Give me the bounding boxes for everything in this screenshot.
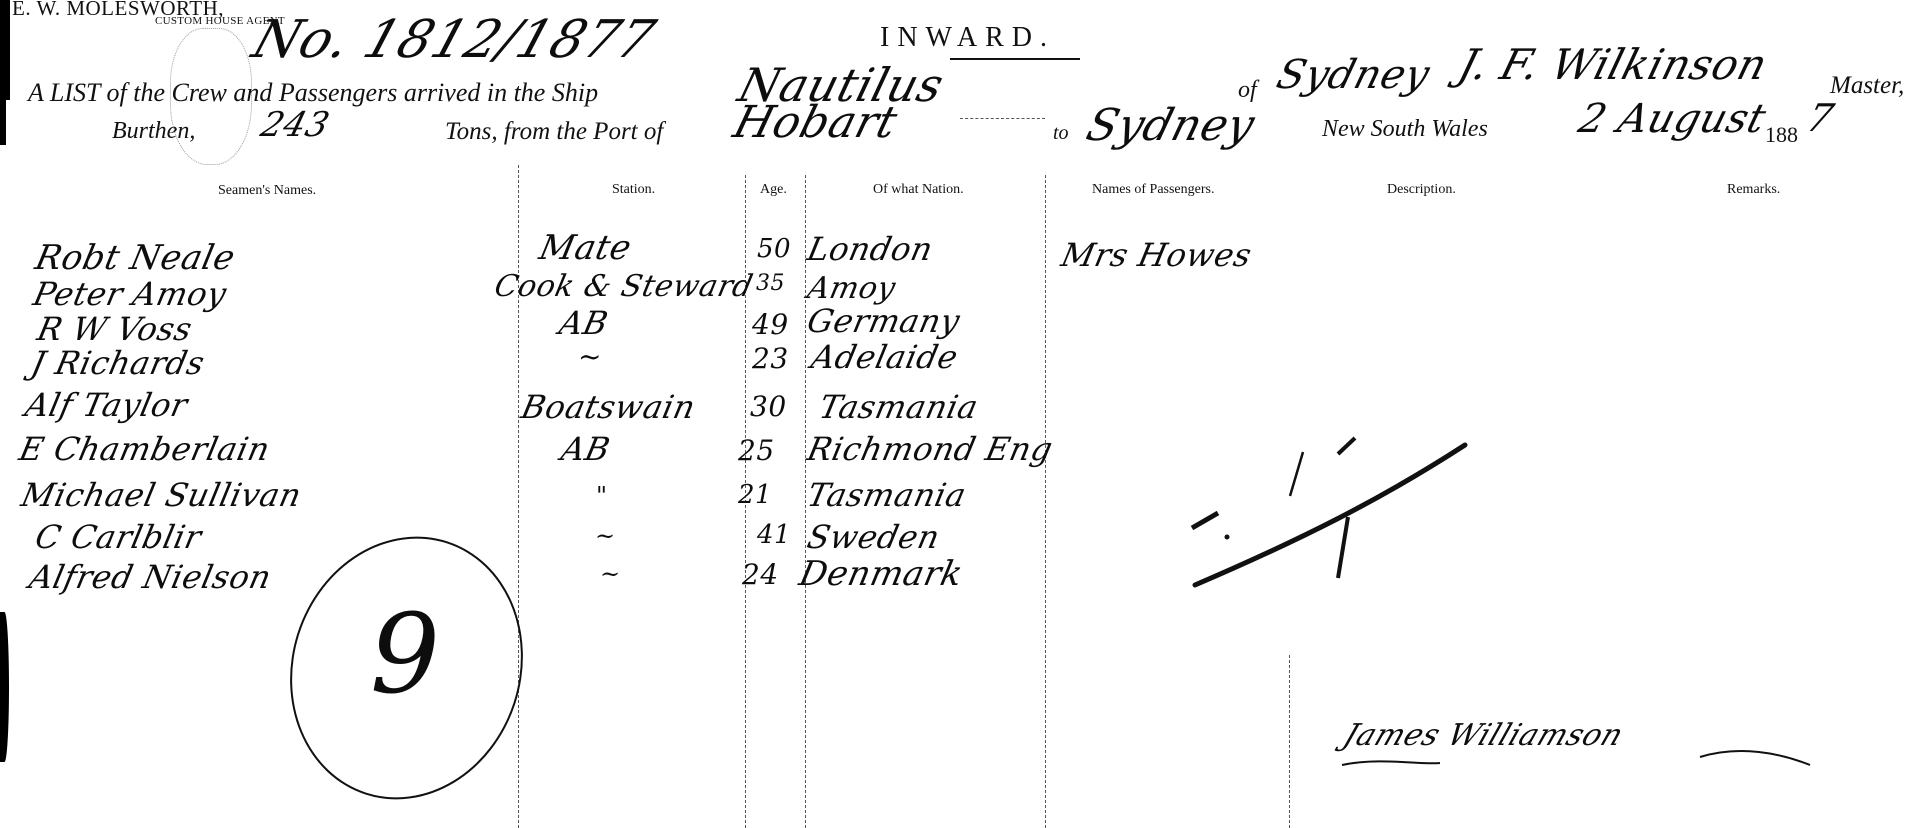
- seaman-station: ~: [600, 560, 621, 588]
- port-dotted-line: [960, 118, 1045, 119]
- seaman-age: 21: [738, 480, 772, 510]
- scan-edge-top: [0, 0, 10, 100]
- seaman-nation: Adelaide: [808, 338, 962, 376]
- title-underline: [950, 58, 1080, 60]
- crew-row: J Richards ~ 23 Adelaide: [0, 344, 1045, 380]
- crew-row: Michael Sullivan " 21 Tasmania: [0, 486, 1045, 522]
- crew-row: E Chamberlain AB 25 Richmond Eng: [0, 438, 1045, 474]
- seaman-station: Boatswain: [518, 388, 699, 426]
- scan-edge-lower: [0, 612, 9, 762]
- scan-edge-mid: [0, 100, 6, 145]
- seaman-name: Alfred Nielson: [26, 558, 275, 596]
- ship-home-port: Sydney: [1272, 52, 1435, 98]
- col-header-remarks: Remarks.: [1727, 182, 1780, 198]
- master-label: Master,: [1830, 72, 1904, 100]
- seaman-age: 24: [742, 558, 779, 591]
- seaman-station: Cook & Steward: [491, 269, 756, 304]
- master-name: J. F. Wilkinson: [1453, 40, 1772, 89]
- seaman-station: ~: [595, 522, 616, 550]
- seaman-name: Alf Taylor: [22, 386, 191, 424]
- crew-row: Alfred Nielson ~ 24 Denmark: [0, 568, 1045, 604]
- seaman-name: Robt Neale: [32, 238, 239, 278]
- seaman-nation: Denmark: [796, 554, 967, 594]
- seaman-nation: Tasmania: [804, 476, 970, 514]
- tons-from-label: Tons, from the Port of: [445, 118, 663, 146]
- col-header-age: Age.: [760, 182, 787, 198]
- arrival-date: 2 August: [1574, 96, 1771, 142]
- seaman-age: 23: [752, 342, 789, 375]
- list-intro-text: A LIST of the Crew and Passengers arrive…: [28, 78, 598, 108]
- seaman-age: 50: [757, 234, 791, 264]
- seaman-nation: Richmond Eng: [804, 430, 1056, 468]
- from-port: Hobart: [728, 97, 903, 148]
- seaman-station: ": [596, 482, 608, 510]
- burthen-label: Burthen,: [112, 118, 195, 145]
- seaman-name: Michael Sullivan: [18, 476, 305, 514]
- col-header-seamen-names: Seamen's Names.: [218, 183, 316, 199]
- reference-number: No. 1812/1877: [245, 10, 662, 70]
- crew-row: Alf Taylor Boatswain 30 Tasmania: [0, 394, 1045, 430]
- colony-label: New South Wales: [1322, 116, 1488, 143]
- circled-count: 9: [370, 590, 441, 718]
- seaman-station: AB: [556, 304, 612, 342]
- col-header-nation: Of what Nation.: [873, 182, 964, 198]
- seaman-nation: Tasmania: [816, 388, 982, 426]
- divider-passengers-description: [1289, 655, 1290, 828]
- seaman-nation: Amoy: [804, 271, 899, 306]
- strike-marks: [1150, 420, 1500, 600]
- seaman-age: 30: [750, 390, 787, 423]
- seaman-name: Peter Amoy: [30, 275, 230, 313]
- signature-flourish: [1340, 735, 1820, 775]
- seaman-nation: London: [804, 230, 937, 268]
- seaman-nation: Sweden: [804, 518, 943, 556]
- divider-nation-passengers: [1045, 175, 1046, 828]
- seaman-age: 25: [738, 434, 775, 467]
- to-port: Sydney: [1081, 100, 1260, 151]
- to-label: to: [1053, 122, 1069, 145]
- col-header-passengers: Names of Passengers.: [1092, 182, 1214, 198]
- burthen-tons: 243: [257, 105, 334, 145]
- seaman-age: 35: [756, 271, 785, 296]
- seaman-station: Mate: [536, 228, 635, 268]
- seaman-name: E Chamberlain: [16, 430, 273, 468]
- seaman-station: AB: [558, 430, 614, 468]
- col-header-description: Description.: [1387, 182, 1456, 198]
- seaman-age: 41: [757, 520, 791, 550]
- seaman-station: ~: [578, 340, 602, 373]
- col-header-station: Station.: [612, 182, 655, 198]
- seaman-nation: Germany: [804, 302, 963, 340]
- seaman-name: J Richards: [28, 344, 208, 382]
- year-suffix: 7: [1802, 96, 1838, 140]
- passenger-name: Mrs Howes: [1058, 236, 1255, 274]
- form-title: INWARD.: [880, 22, 1055, 54]
- seaman-name: C Carlblir: [32, 518, 205, 556]
- year-prefix: 188: [1765, 122, 1798, 148]
- seaman-age: 49: [752, 308, 789, 341]
- seaman-name: R W Voss: [34, 310, 196, 348]
